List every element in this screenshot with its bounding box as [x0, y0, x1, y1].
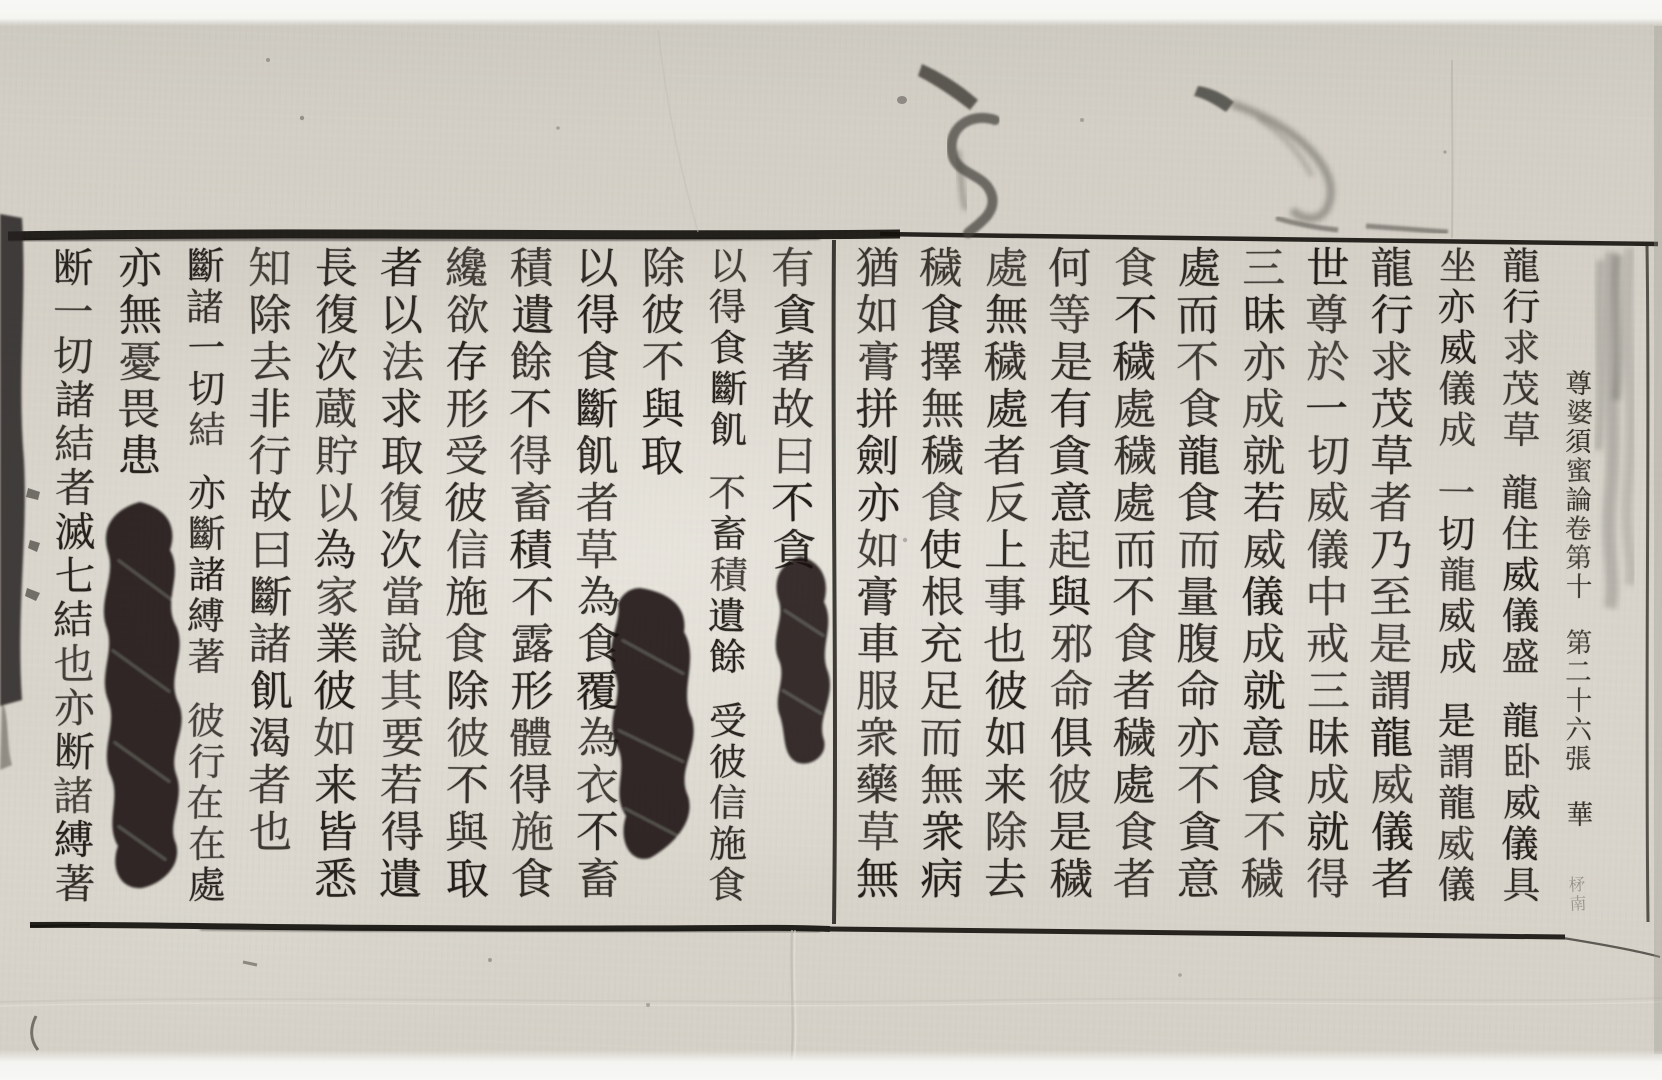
text-column-7: 者以法求取復次當說其要若得遺	[369, 246, 434, 908]
text-column-6: 處而不食龍食而量腹命亦不貪意	[1167, 246, 1231, 908]
text-column-11: 猶如膏拼劍亦如膏車服衆藥草無	[845, 246, 909, 908]
volume-title-column: 尊婆須蜜論卷第十第二十六張華	[1556, 370, 1602, 830]
right-half-page: 龍行求茂草龍住威儀盛龍卧威儀具坐亦威儀成一切龍威成是謂龍威儀龍行求茂草者乃至是謂…	[845, 246, 1553, 908]
text-column-4: 以得食斷飢者草為食覆為衣不畜	[565, 246, 630, 908]
text-column-8: 長復次蔵貯以為家業彼如来皆悉	[303, 246, 368, 908]
scanned-sutra-page: 龍行求茂草龍住威儀盛龍卧威儀具坐亦威儀成一切龍威成是謂龍威儀龍行求茂草者乃至是謂…	[0, 0, 1662, 1080]
text-column-1: 有貪著故曰不貪	[761, 246, 826, 908]
text-column-3: 除彼不與取	[630, 246, 695, 908]
text-column-4: 世尊於一切威儀中戒三昧成就得	[1296, 246, 1360, 908]
text-column-10: 穢食擇無穢食使根充足而無衆病	[909, 246, 973, 908]
text-column-8: 何等是有貪意起與邪命俱彼是穢	[1038, 246, 1102, 908]
text-column-2: 以得食斷飢不畜積遺餘受彼信施食	[695, 246, 760, 908]
text-column-3: 龍行求茂草者乃至是謂龍威儀者	[1360, 246, 1424, 908]
text-column-7: 食不穢處穢處而不食者穢處食者	[1102, 246, 1166, 908]
text-column-5: 積遺餘不得畜積不露形體得施食	[499, 246, 564, 908]
text-column-9: 處無穢處者反上事也彼如来除去	[974, 246, 1038, 908]
text-column-9: 知除去非行故曰斷諸飢渴者也	[238, 246, 303, 908]
left-half-page: 有貪著故曰不貪以得食斷飢不畜積遺餘受彼信施食除彼不與取以得食斷飢者草為食覆為衣不…	[42, 246, 826, 908]
text-column-5: 三昧亦成就若威儀成就意食不穢	[1231, 246, 1295, 908]
text-column-6: 纔欲存形受彼信施食除彼不與取	[434, 246, 499, 908]
text-column-12: 断一切諸結者滅七結也亦断諸縛著	[42, 246, 107, 908]
handwritten-annotation: 柕南	[1550, 875, 1586, 915]
text-column-2: 坐亦威儀成一切龍威成是謂龍威儀	[1424, 246, 1488, 908]
text-column-11: 亦無憂畏患	[107, 246, 172, 908]
text-column-1: 龍行求茂草龍住威儀盛龍卧威儀具	[1489, 246, 1553, 908]
text-column-10: 斷諸一切結亦斷諸縛著彼行在在處	[173, 246, 238, 908]
